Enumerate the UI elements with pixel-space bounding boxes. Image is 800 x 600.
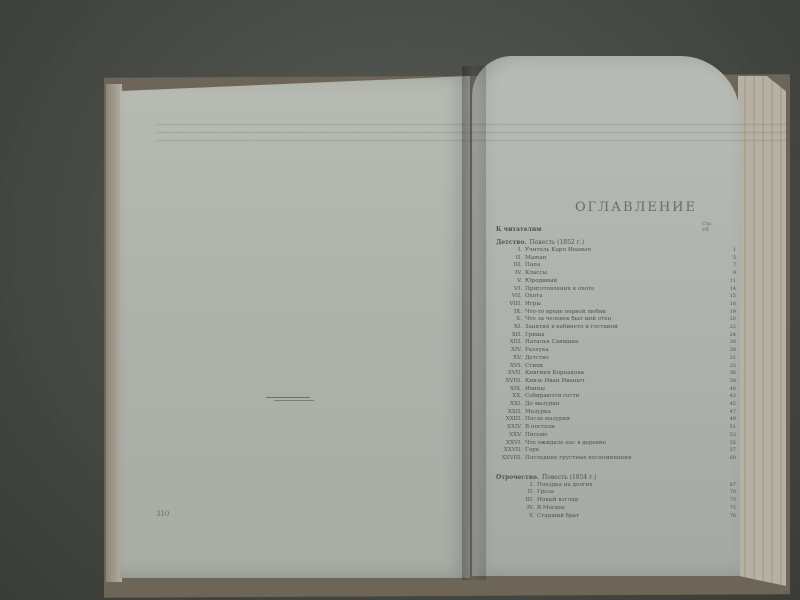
chapter-title: Занятия в кабинете и гостиной: [525, 324, 714, 332]
chapter-page: 22: [714, 324, 736, 332]
chapter-title: Папа: [525, 262, 714, 270]
toc-row: XXIII.После мазурки49: [496, 416, 736, 424]
chapter-number: XX.: [496, 393, 525, 401]
toc-row: XXVII.Горе57: [496, 447, 736, 455]
chapter-number: X.: [496, 316, 525, 324]
chapter-number: XXVI.: [496, 440, 525, 448]
chapter-title: Разлука: [525, 347, 714, 355]
toc-row: XV.Детство31: [496, 355, 736, 363]
chapter-title: Что за человек был мой отец: [525, 316, 714, 324]
toc-intro: К читателям: [496, 225, 736, 234]
toc-row: VI.Приготовления к охоте14: [496, 286, 736, 294]
chapter-title: В Москве: [537, 505, 714, 513]
chapter-page: 15: [714, 293, 736, 301]
chapter-title: Классы: [525, 270, 714, 278]
chapter-page: 31: [714, 355, 736, 363]
chapter-page: 14: [714, 286, 736, 294]
chapter-number: XVIII.: [496, 378, 525, 386]
chapter-page: 76: [714, 513, 736, 521]
chapter-number: XXVIII.: [496, 455, 525, 463]
chapter-number: III.: [508, 497, 537, 505]
chapter-page: 40: [714, 386, 736, 394]
chapter-page: 47: [714, 409, 736, 417]
toc-row: IX.Что-то вроде первой любви19: [496, 309, 736, 317]
chapter-title: Игры: [525, 301, 714, 309]
chapter-title: Собираются гости: [525, 393, 714, 401]
toc-row: XVI.Стихи33: [496, 363, 736, 371]
chapter-page: 60: [714, 455, 736, 463]
toc-row: V.Старший брат76: [496, 513, 736, 521]
toc-row: XXII.Мазурка47: [496, 409, 736, 417]
chapter-page: 1: [714, 247, 736, 255]
toc-title: ОГЛАВЛЕНИЕ: [536, 200, 736, 215]
chapter-page: 26: [714, 339, 736, 347]
chapter-page: 5: [714, 255, 736, 263]
chapter-title: Старший брат: [537, 513, 714, 521]
book-gutter: [462, 66, 486, 580]
left-page-number: 310: [156, 510, 169, 518]
page-stack-edge: [738, 76, 786, 586]
chapter-number: XII.: [496, 332, 525, 340]
toc-row: XXI.До мазурки45: [496, 401, 736, 409]
chapter-title: Гроза: [537, 489, 714, 497]
chapter-title: Мазурка: [525, 409, 714, 417]
chapter-number: XVI.: [496, 363, 525, 371]
toc-row: X.Что за человек был мой отец20: [496, 316, 736, 324]
chapter-title: После мазурки: [525, 416, 714, 424]
chapter-page: 33: [714, 363, 736, 371]
chapter-title: В постели: [525, 424, 714, 432]
chapter-title: Что ожидало нас в деревне: [525, 440, 714, 448]
toc-section-heading: Детство.Повесть (1852 г.): [496, 238, 736, 247]
chapter-title: Что-то вроде первой любви: [525, 309, 714, 317]
toc-row: XXV.Письмо53: [496, 432, 736, 440]
chapter-number: XI.: [496, 324, 525, 332]
chapter-page: 19: [714, 309, 736, 317]
chapter-number: XIV.: [496, 347, 525, 355]
chapter-title: Князь Иван Иваныч: [525, 378, 714, 386]
table-of-contents: ОГЛАВЛЕНИЕ К читателям Детство.Повесть (…: [496, 200, 736, 520]
chapter-number: XXII.: [496, 409, 525, 417]
chapter-page: 67: [714, 482, 736, 490]
chapter-number: XV.: [496, 355, 525, 363]
toc-row: V.Юродивый11: [496, 278, 736, 286]
chapter-number: I.: [496, 247, 525, 255]
chapter-number: XIX.: [496, 386, 525, 394]
chapter-number: V.: [496, 278, 525, 286]
section-title: Детство.: [496, 238, 527, 247]
chapter-page: 73: [714, 497, 736, 505]
chapter-page: 49: [714, 416, 736, 424]
toc-row: XXVIII.Последние грустные воспоминания60: [496, 455, 736, 463]
toc-row: XIII.Наталья Савишна26: [496, 339, 736, 347]
chapter-page: 18: [714, 301, 736, 309]
chapter-number: II.: [496, 255, 525, 263]
chapter-page: 55: [714, 440, 736, 448]
section-subtitle: Повесть (1854 г.): [542, 473, 736, 482]
section-subtitle: Повесть (1852 г.): [530, 238, 736, 247]
section-title: Отрочество.: [496, 473, 539, 482]
left-page-text: ……………………………………………………………………………………………………………: [138, 120, 448, 145]
chapter-page: 51: [714, 424, 736, 432]
chapter-number: XXI.: [496, 401, 525, 409]
chapter-number: IX.: [496, 309, 525, 317]
toc-row: XIV.Разлука28: [496, 347, 736, 355]
chapter-title: Гриша: [525, 332, 714, 340]
toc-row: XII.Гриша24: [496, 332, 736, 340]
chapter-number: XXIV.: [496, 424, 525, 432]
chapter-page: 7: [714, 262, 736, 270]
chapter-page: 57: [714, 447, 736, 455]
toc-row: XIX.Ивины40: [496, 386, 736, 394]
chapter-title: Письмо: [525, 432, 714, 440]
chapter-page: 36: [714, 370, 736, 378]
chapter-number: XXIII.: [496, 416, 525, 424]
chapter-page: 9: [714, 270, 736, 278]
chapter-page: 70: [714, 489, 736, 497]
chapter-number: IV.: [496, 270, 525, 278]
toc-row: III.Новый взгляд73: [496, 497, 736, 505]
chapter-page: 24: [714, 332, 736, 340]
toc-row: IV.В Москве75: [496, 505, 736, 513]
chapter-number: II.: [508, 489, 537, 497]
chapter-page: 53: [714, 432, 736, 440]
chapter-number: V.: [508, 513, 537, 521]
chapter-title: Детство: [525, 355, 714, 363]
end-rule: [274, 400, 314, 401]
end-rule: [266, 397, 310, 398]
chapter-page: 20: [714, 316, 736, 324]
chapter-title: Юродивый: [525, 278, 714, 286]
chapter-title: Новый взгляд: [537, 497, 714, 505]
chapter-title: Учитель Карл Иваныч: [525, 247, 714, 255]
toc-row: XI.Занятия в кабинете и гостиной22: [496, 324, 736, 332]
chapter-title: Стихи: [525, 363, 714, 371]
chapter-number: I.: [508, 482, 537, 490]
toc-intro-label: К читателям: [496, 225, 541, 234]
left-page: [120, 76, 470, 578]
chapter-title: Последние грустные воспоминания: [525, 455, 714, 463]
chapter-title: Приготовления к охоте: [525, 286, 714, 294]
toc-row: XXIV.В постели51: [496, 424, 736, 432]
toc-row: III.Папа7: [496, 262, 736, 270]
toc-body: Детство.Повесть (1852 г.)I.Учитель Карл …: [496, 238, 736, 520]
chapter-title: Охота: [525, 293, 714, 301]
paragraph: ……………………………………………………………………………………………………………: [138, 128, 448, 136]
toc-row: I.Учитель Карл Иваныч1: [496, 247, 736, 255]
chapter-title: Княгиня Корнакова: [525, 370, 714, 378]
chapter-page: 45: [714, 401, 736, 409]
toc-row: IV.Классы9: [496, 270, 736, 278]
chapter-number: XIII.: [496, 339, 525, 347]
toc-row: XXVI.Что ожидало нас в деревне55: [496, 440, 736, 448]
chapter-title: Поездка на долгих: [537, 482, 714, 490]
chapter-title: До мазурки: [525, 401, 714, 409]
chapter-number: XXVII.: [496, 447, 525, 455]
chapter-title: Наталья Савишна: [525, 339, 714, 347]
toc-row: VIII.Игры18: [496, 301, 736, 309]
chapter-page: 75: [714, 505, 736, 513]
chapter-title: Горе: [525, 447, 714, 455]
toc-row: VII.Охота15: [496, 293, 736, 301]
toc-row: XX.Собираются гости43: [496, 393, 736, 401]
chapter-number: IV.: [508, 505, 537, 513]
chapter-page: 43: [714, 393, 736, 401]
chapter-page: 38: [714, 378, 736, 386]
chapter-number: VI.: [496, 286, 525, 294]
toc-row: II.Maman5: [496, 255, 736, 263]
chapter-number: XXV.: [496, 432, 525, 440]
left-page-edge: [106, 84, 122, 582]
chapter-number: XVII.: [496, 370, 525, 378]
paragraph: ……………………………………………………………………………………………………………: [138, 120, 448, 128]
chapter-title: Ивины: [525, 386, 714, 394]
chapter-title: Maman: [525, 255, 714, 263]
paragraph: ……………………………………………………………………………………………………………: [138, 136, 448, 144]
chapter-number: III.: [496, 262, 525, 270]
chapter-page: 11: [714, 278, 736, 286]
toc-row: I.Поездка на долгих67: [496, 482, 736, 490]
chapter-number: VIII.: [496, 301, 525, 309]
toc-row: XVIII.Князь Иван Иваныч38: [496, 378, 736, 386]
toc-row: II.Гроза70: [496, 489, 736, 497]
chapter-number: VII.: [496, 293, 525, 301]
chapter-page: 28: [714, 347, 736, 355]
photo-scene: ……………………………………………………………………………………………………………: [0, 0, 800, 600]
toc-row: XVII.Княгиня Корнакова36: [496, 370, 736, 378]
toc-section-heading: Отрочество.Повесть (1854 г.): [496, 473, 736, 482]
